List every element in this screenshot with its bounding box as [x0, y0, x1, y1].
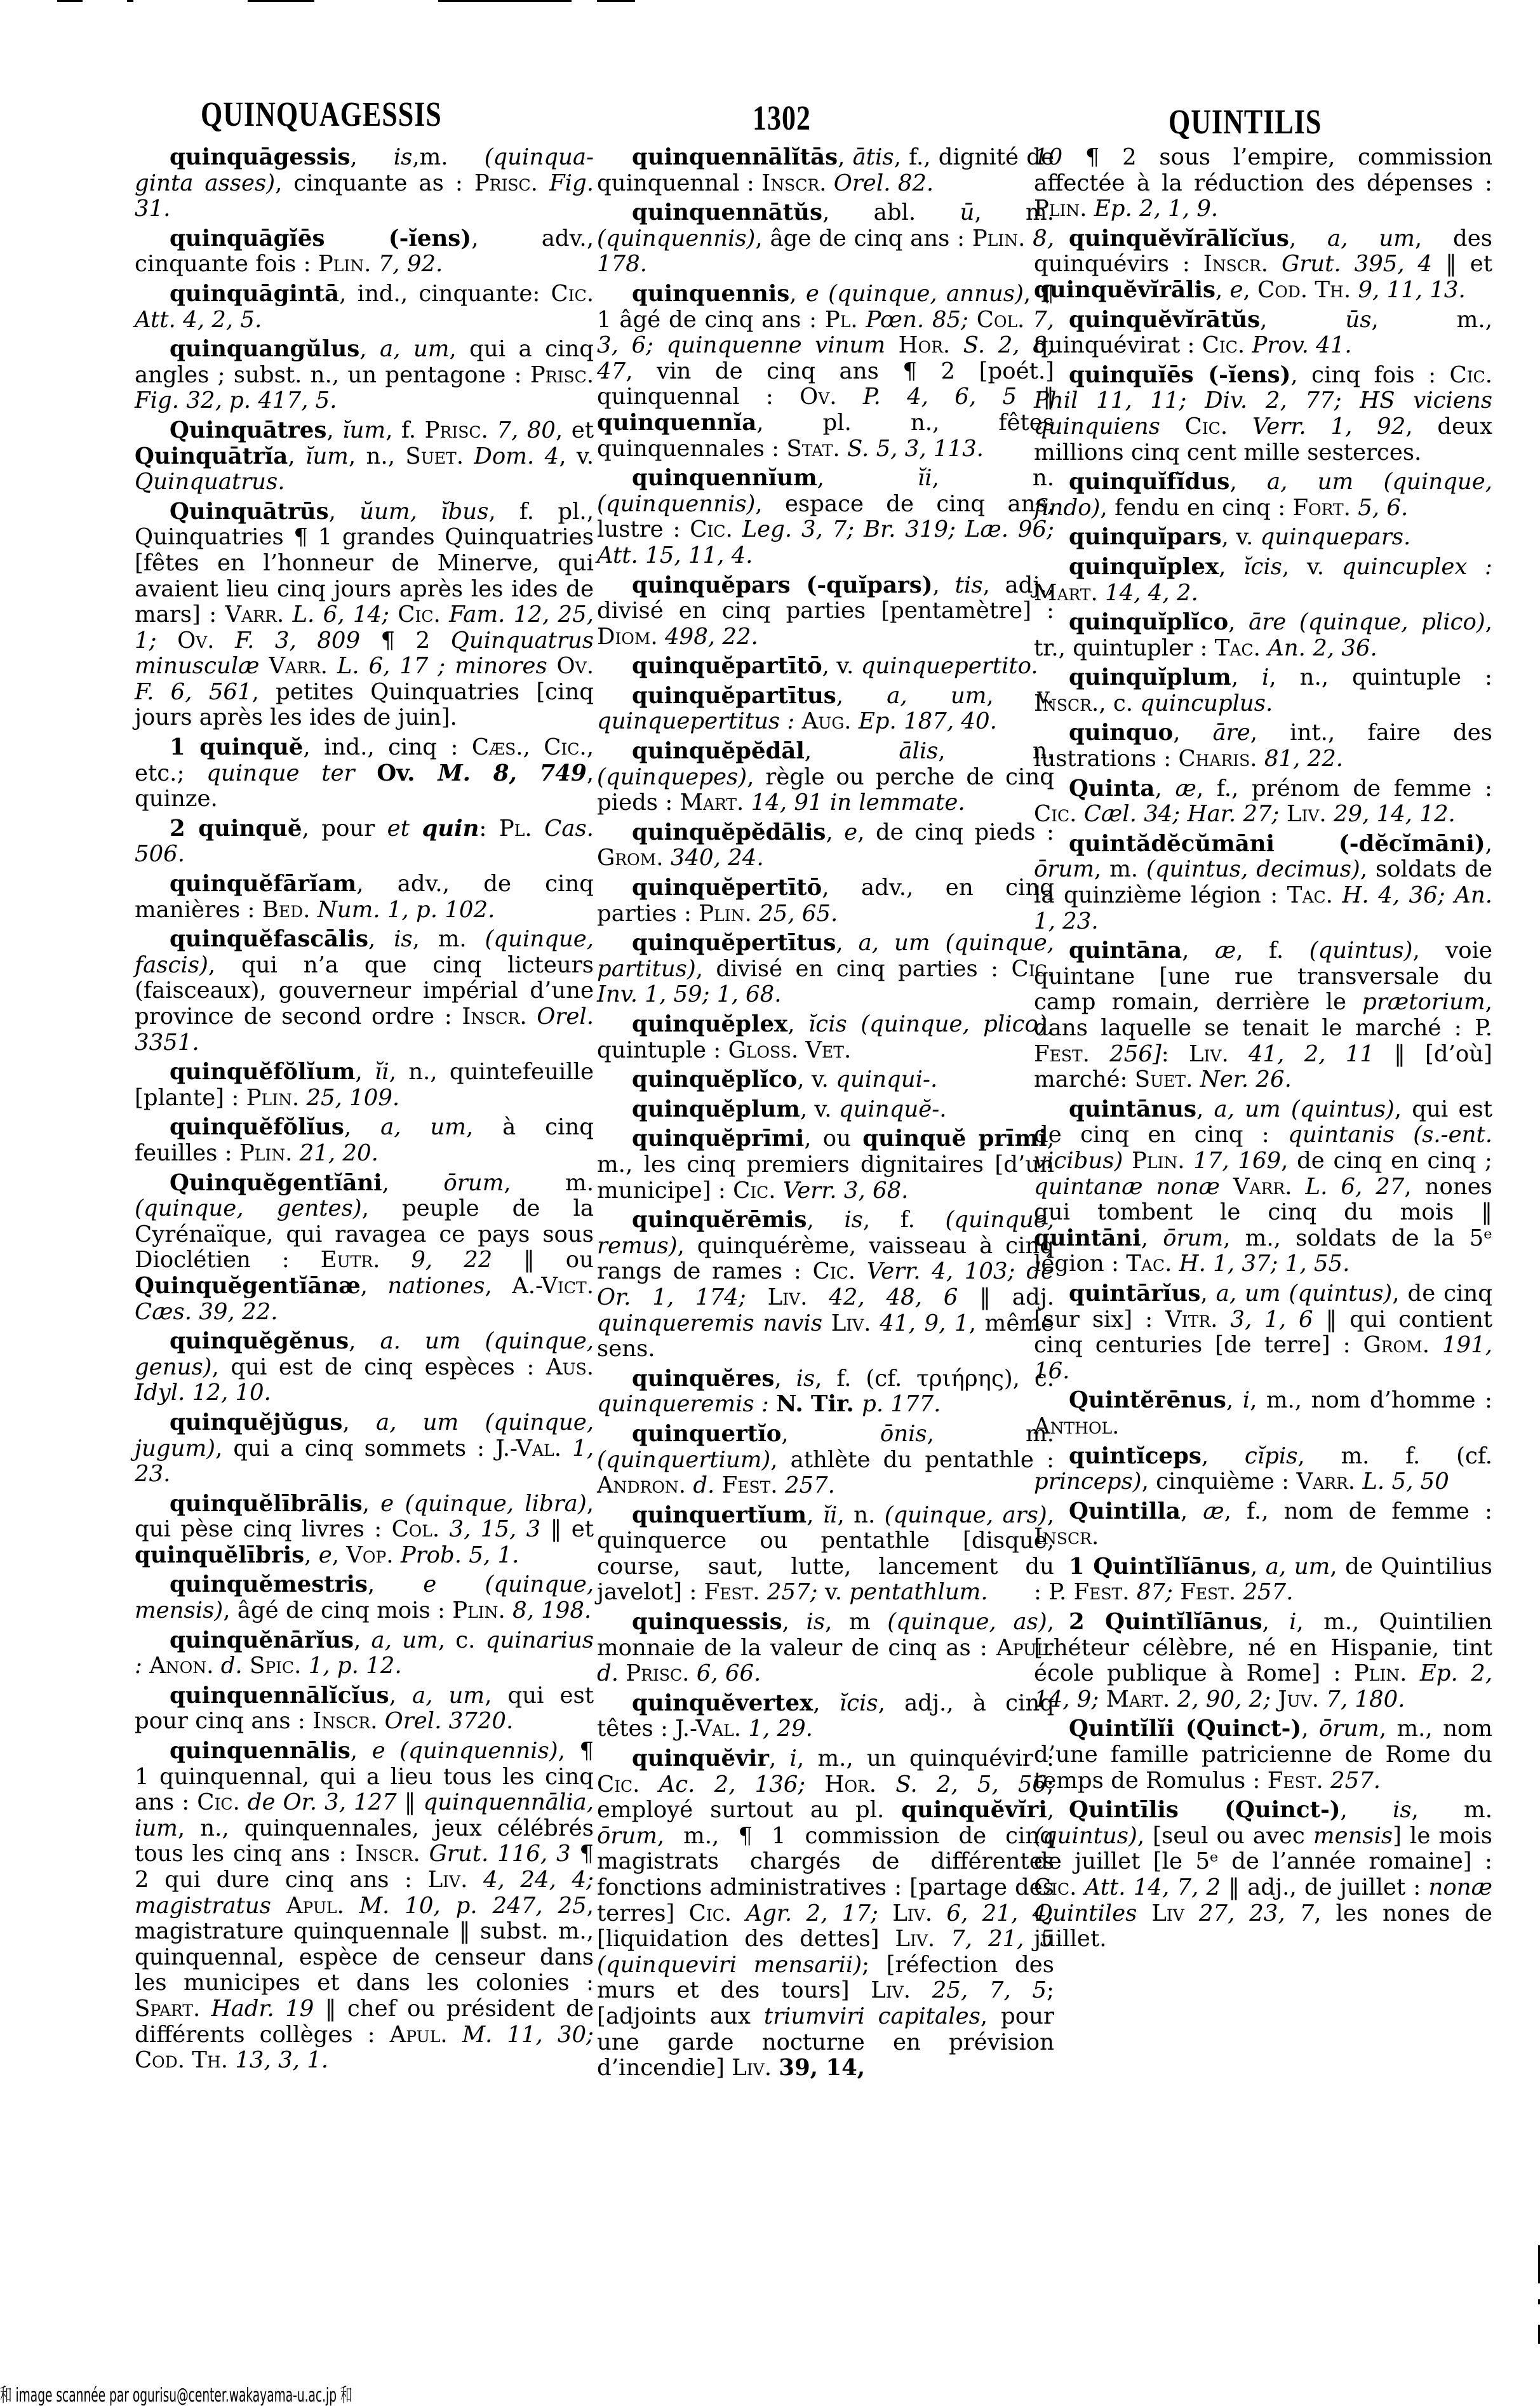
dictionary-entry: quinquĕjŭgus, a, um (quinque, jugum), qu… — [135, 1410, 594, 1488]
entry-text: Fort. — [1292, 495, 1358, 521]
entry-text: a, um (quintus) — [1214, 1096, 1394, 1122]
entry-text: 25, 7, 5 — [932, 1977, 1047, 2003]
entry-text: ¶ 2 — [360, 628, 451, 654]
entry-headword: Quintīlis (Quinct-) — [1069, 1797, 1341, 1823]
entry-headword: quinquĕfŏlĭus — [170, 1114, 344, 1140]
entry-text: Plin. — [1354, 1660, 1420, 1686]
entry-text: Cæl. 34; Har. 27; — [1084, 801, 1287, 827]
entry-headword: quinquĕpertītō — [632, 875, 822, 901]
entry-text: 257. — [1330, 1768, 1381, 1794]
entry-text: Mart. — [1106, 1686, 1177, 1712]
entry-text: , v. — [559, 443, 594, 469]
dictionary-entry: 2 quinquĕ, pour et quin: Pl. Cas. 506. — [135, 816, 594, 868]
dictionary-entry: quinquĕplex, ĭcis (quinque, plico), quin… — [597, 1012, 1054, 1063]
entry-text: Cic. — [733, 1178, 783, 1204]
entry-text: 42, 48, 6 — [829, 1284, 958, 1310]
entry-text: ōrum — [1163, 1225, 1223, 1251]
entry-text: æ — [1215, 938, 1236, 964]
entry-text: (quintus, decimus) — [1146, 856, 1360, 882]
entry-text: , — [351, 1738, 372, 1764]
entry-text: Ep. 2, 1, 9. — [1094, 196, 1218, 222]
entry-text: 41, 9, 1 — [880, 1310, 968, 1336]
entry-headword: quinquennālis — [170, 1738, 351, 1764]
entry-text: Plin. — [1132, 1148, 1193, 1174]
entry-text: , — [368, 926, 394, 952]
entry-text: Prisc. — [626, 1660, 696, 1686]
entry-text: 87; — [1137, 1579, 1180, 1605]
entry-headword: Quinquātres — [170, 417, 326, 443]
entry-text: Anthol. — [1034, 1413, 1119, 1439]
entry-headword: quinquĕjŭgus — [170, 1409, 342, 1435]
dictionary-entry: quintĭceps, cĭpis, m. f. (cf. princeps),… — [1034, 1444, 1492, 1495]
dictionary-entry: quinquĕvir, i, m., un quinquévir : Cic. … — [597, 1746, 1054, 2081]
entry-headword: quinquāgintā — [170, 281, 339, 307]
entry-text: 41, 2, 11 — [1249, 1041, 1374, 1067]
entry-text: An. 2, 36. — [1268, 635, 1377, 661]
dictionary-entry: quinquāgessis, is,m. (quinqua-ginta asse… — [135, 145, 594, 222]
entry-text: Spart. — [135, 1996, 211, 2022]
entry-headword: quinquĕpertītus — [632, 930, 836, 956]
entry-text: , — [836, 683, 887, 709]
entry-text: Cic. — [1185, 413, 1252, 440]
entry-text: L. 6, 27 — [1306, 1174, 1405, 1200]
entry-headword: quinquĕplex — [632, 1011, 787, 1037]
entry-text: , ou — [804, 1126, 862, 1152]
entry-headword: quintārĭus — [1069, 1280, 1200, 1307]
entry-text: , — [1260, 307, 1345, 333]
entry-text: 39, 14, — [779, 2055, 865, 2081]
left-guide-word: QUINQUAGESSIS — [201, 94, 442, 135]
entry-text: , — [1301, 1716, 1319, 1742]
dictionary-entry: Quintĕrēnus, i, m., nom d’homme : Anthol… — [1034, 1388, 1492, 1439]
entry-text: ūs — [1345, 307, 1371, 333]
entry-text: Plin. — [972, 225, 1033, 252]
entry-text: , fendu en cinq : — [1101, 495, 1293, 521]
entry-text: Cic. — [597, 1771, 659, 1798]
entry-headword: quintădĕcŭmāni (-dĕcĭmāni) — [1069, 831, 1485, 857]
dictionary-entry: quinquĕpertītō, adv., en cinq parties : … — [597, 875, 1054, 927]
column-1: quinquāgessis, is,m. (quinqua-ginta asse… — [135, 145, 594, 2078]
entry-headword: quinquennālĭcĭus — [170, 1683, 389, 1709]
dictionary-entry: quinquĕvertex, ĭcis, adj., à cinq têtes … — [597, 1691, 1054, 1742]
entry-headword: Quintĭlĭi (Quinct-) — [1069, 1716, 1301, 1742]
entry-headword: quinquĕlībrālis — [170, 1491, 363, 1517]
entry-text: Prob. 5, 1. — [401, 1542, 519, 1568]
page-header: QUINQUAGESSIS 1302 QUINTILIS — [0, 89, 1540, 127]
entry-text: , — [1182, 938, 1215, 964]
entry-text: ĭcis — [840, 1690, 878, 1716]
entry-text: Tac. — [1215, 635, 1268, 661]
entry-text: , — [1229, 469, 1267, 495]
entry-text: 9, 22 — [411, 1247, 492, 1273]
entry-text: Grut. 395, 4 — [1282, 251, 1432, 277]
entry-text: princeps) — [1034, 1468, 1142, 1495]
entry-text: , c. — [1099, 690, 1140, 716]
entry-text: , f., nom de femme : — [1224, 1498, 1492, 1524]
entry-text: , — [774, 1366, 796, 1392]
entry-text: Hadr. 19 — [211, 1996, 314, 2022]
entry-text: , v. — [797, 1066, 836, 1092]
entry-text: , — [389, 1683, 412, 1709]
dictionary-entry: quinquĕvĭrālĭcĭus, a, um, des quinquévir… — [1034, 226, 1492, 304]
entry-text: 257. — [785, 1472, 835, 1498]
entry-text: Pœn. 85; — [866, 307, 976, 333]
entry-text: , — [1173, 720, 1212, 746]
entry-headword: quinquennis — [632, 281, 789, 307]
entry-text: , — [342, 1409, 376, 1435]
entry-text: quincuplex : — [1342, 554, 1492, 580]
entry-text: , — [1200, 1280, 1215, 1307]
entry-text: Fest. — [1180, 1579, 1243, 1605]
entry-text: , qui est de cinq espèces : — [212, 1354, 546, 1380]
entry-headword: quinquĕfārĭam — [170, 871, 356, 897]
entry-text: Dom. 4 — [474, 443, 559, 469]
entry-text: , cinquième : — [1142, 1468, 1297, 1495]
entry-text: , — [368, 1571, 423, 1597]
entry-headword: quinquĕpartītō — [632, 653, 822, 679]
entry-text: Fest. — [722, 1472, 785, 1498]
entry-text: ĭi — [375, 1059, 389, 1085]
entry-text: Plin. — [239, 1140, 300, 1166]
entry-text: Aug. — [802, 708, 859, 734]
entry-text: Plin. — [1034, 196, 1094, 222]
entry-text: triumviri capitales — [764, 2003, 981, 2029]
scan-credit: 和 image scannée par ogurisu@center.wakay… — [0, 2379, 352, 2406]
entry-text: Tac. — [1287, 882, 1342, 908]
entry-text: ĭum — [305, 443, 349, 469]
entry-text: 256] — [1109, 1041, 1162, 1067]
entry-text: , — [787, 1011, 808, 1037]
entry-text: (quinquennis) — [597, 225, 755, 252]
entry-text: , âge de cinq ans : — [755, 225, 972, 252]
entry-text: e — [844, 819, 857, 845]
dictionary-entry: quinquĕfascālis, is, m. (quinque, fascis… — [135, 927, 594, 1056]
entry-text: ĭi — [918, 465, 932, 491]
entry-text: Inscr. — [1034, 690, 1099, 716]
entry-text: , f. — [863, 1207, 946, 1233]
entry-text: cĭpis — [1245, 1443, 1298, 1469]
entry-text: e (quinque, libra) — [380, 1491, 587, 1517]
entry-text: , — [1341, 1797, 1393, 1823]
entry-text: Eutr. — [321, 1247, 412, 1273]
entry-text: nationes — [387, 1273, 485, 1299]
entry-text: Spic. — [250, 1653, 309, 1679]
entry-text: , — [807, 1207, 844, 1233]
entry-text: , f. (cf. τριήρης), c. — [815, 1366, 1054, 1392]
entry-text: , de cinq en cinq ; — [1281, 1148, 1492, 1174]
entry-text: Grom. — [1363, 1332, 1442, 1358]
dictionary-entry: quinquennālĭtās, ātis, f., dignité de qu… — [597, 145, 1054, 196]
entry-text: , — [805, 738, 899, 764]
entry-text: , — [1289, 225, 1327, 252]
entry-text: Cic. — [1450, 362, 1492, 388]
entry-text: a, um — [380, 1114, 466, 1140]
entry-text: , — [304, 1542, 319, 1568]
entry-text: Inscr. — [312, 1708, 385, 1734]
entry-text: Fest. — [1268, 1768, 1330, 1794]
entry-text: Mart. — [1034, 580, 1105, 606]
entry-text: , m., un quinquévir : — [797, 1745, 1054, 1771]
entry-text: Varr. — [1296, 1468, 1362, 1495]
entry-text: Cæs. 39, 22. — [135, 1299, 278, 1325]
entry-text: , — [1485, 831, 1492, 857]
entry-text: quinquepars. — [1261, 524, 1411, 550]
entry-text: , — [1250, 1554, 1266, 1580]
entry-text: ōrum — [1319, 1716, 1379, 1742]
entry-text: prætorium — [1362, 989, 1485, 1015]
entry-text: , — [1243, 277, 1258, 303]
entry-headword: quinquennālĭtās — [632, 144, 838, 170]
entry-headword: quinquĕvĭrālĭcĭus — [1069, 225, 1289, 252]
entry-text: āre (quinque, plico) — [1249, 609, 1485, 635]
entry-text: Apul. — [286, 1893, 359, 1919]
entry-text: Varr. — [269, 653, 337, 679]
entry-text: Fest. — [704, 1579, 767, 1605]
entry-headword: quinquĕvĭrātŭs — [1069, 307, 1260, 333]
entry-text: mensis — [1313, 1823, 1393, 1849]
dictionary-entry: quinquĭfĭdus, a, um (quinque, findo), fe… — [1034, 469, 1492, 521]
entry-text: is — [844, 1207, 863, 1233]
entry-text: , — [1155, 776, 1175, 802]
entry-text: Hor. — [899, 332, 963, 358]
dictionary-entry: quinquĕvĭrātŭs, ūs, m., quinquévirat : C… — [1034, 307, 1492, 359]
entry-text: , f. — [385, 417, 425, 443]
dictionary-entry: quinquĕpartītō, v. quinquepertito. — [597, 654, 1054, 680]
entry-text: quinquĕvĭri — [901, 1797, 1047, 1823]
dictionary-entry: quinquĕpĕdālis, e, de cinq pieds : Grom.… — [597, 820, 1054, 871]
entry-text: Plin. — [699, 901, 759, 927]
entry-text: Tac. — [1126, 1251, 1179, 1277]
dictionary-entry: quinquĕrēmis, is, f. (quinque, remus), q… — [597, 1207, 1054, 1362]
entry-headword: Quintilla — [1069, 1498, 1181, 1524]
entry-headword: Quintĕrēnus — [1069, 1387, 1226, 1413]
entry-text: 1, p. 12. — [309, 1653, 402, 1679]
entry-text: (quinquepes) — [597, 764, 747, 790]
column-3: 10 ¶ 2 sous l’empire, commission affecté… — [1034, 145, 1492, 1956]
dictionary-entry: Quintilla, æ, f., nom de femme : Inscr. — [1034, 1499, 1492, 1550]
entry-text: : — [1162, 1041, 1189, 1067]
entry-text: , — [1181, 1498, 1203, 1524]
entry-text: i — [1243, 1387, 1250, 1413]
entry-text: , m., nom d’homme : — [1250, 1387, 1492, 1413]
entry-text: , — [326, 417, 342, 443]
entry-text: Liv. — [895, 1926, 951, 1952]
entry-text: , — [359, 336, 380, 362]
entry-text: J.-Val. — [675, 1716, 748, 1742]
entry-text: 3, 1, 6 — [1230, 1307, 1313, 1333]
entry-text: quinquĕ prīmi — [862, 1126, 1047, 1152]
entry-text: i — [790, 1745, 797, 1771]
entry-headword: quinquĕpĕdālis — [632, 819, 826, 845]
entry-text: ōrum — [597, 1823, 657, 1849]
entry-headword: quinquĕvertex — [632, 1690, 813, 1716]
dictionary-entry: 1 quinquĕ, ind., cinq : Cæs., Cic., etc.… — [135, 735, 594, 812]
entry-text: ōrum — [443, 1170, 504, 1196]
entry-text: quinquĕ-. — [839, 1096, 947, 1122]
entry-text: Cic. — [1202, 332, 1252, 358]
entry-text: 7, 80 — [497, 417, 556, 443]
entry-text: 10 — [1034, 144, 1062, 170]
entry-text: , — [1196, 1096, 1214, 1122]
entry-headword: quinquĕplĭco — [632, 1066, 797, 1092]
entry-text: , — [836, 930, 858, 956]
entry-headword: quinquāgessis — [170, 144, 350, 170]
entry-headword: quinquĕrēmis — [632, 1207, 807, 1233]
entry-text: Liv. — [871, 1977, 932, 2003]
entry-text: , c. — [438, 1627, 486, 1653]
entry-text: is — [1393, 1797, 1412, 1823]
entry-text: Mart. — [680, 790, 751, 816]
entry-headword: quinquĕprīmi — [632, 1126, 804, 1152]
entry-text: Att. 14, 7, 2 — [1085, 1874, 1221, 1900]
entry-text: (quinque, ars) — [885, 1502, 1047, 1528]
entry-text: Suet. — [1135, 1066, 1200, 1092]
entry-text: Ep. 187, 40. — [859, 708, 997, 734]
entry-text: , qui a cinq sommets : — [215, 1435, 495, 1462]
entry-text: quinquĕlībris — [135, 1542, 304, 1568]
entry-text: a, um — [887, 683, 986, 709]
entry-text: a, um — [1266, 1554, 1330, 1580]
entry-headword: Quinquĕgentĭāni — [170, 1170, 382, 1196]
entry-text: Liv. — [892, 1900, 946, 1926]
entry-text: ĭcis — [1243, 554, 1282, 580]
dictionary-entry: quinquĕprīmi, ou quinquĕ prīmi, m., les … — [597, 1126, 1054, 1204]
entry-text: Orel. 3720. — [385, 1708, 514, 1734]
entry-text: quintanæ nonæ — [1034, 1174, 1233, 1200]
entry-headword: 1 Quintĭlĭānus — [1069, 1554, 1250, 1580]
entry-text: Liv. — [1189, 1041, 1249, 1067]
dictionary-entry: Quinquātres, ĭum, f. Prisc. 7, 80, et Qu… — [135, 418, 594, 495]
dictionary-entry: quinquennis, e (quinque, annus), ¶ 1 âgé… — [597, 281, 1054, 462]
entry-text: de Or. 3, 127 — [248, 1789, 397, 1815]
entry-text: Vop. — [346, 1542, 401, 1568]
entry-headword: quinquĕpĕdāl — [632, 738, 805, 764]
entry-text: Cic. — [1034, 801, 1084, 827]
dictionary-entry: Quinquĕgentĭāni, ōrum, m. (quinque, gent… — [135, 1171, 594, 1326]
entry-text: Cæs., Cic. — [472, 734, 587, 760]
dictionary-entry: quinquāgĭēs (-ĭens), adv., cinquante foi… — [135, 226, 594, 278]
entry-text: Pl. — [499, 816, 544, 842]
entry-text: a, um — [412, 1683, 485, 1709]
entry-headword: quinquĭplex — [1069, 554, 1219, 580]
entry-text: Cod. Th. — [135, 2047, 235, 2073]
entry-headword: quinquĕfascālis — [170, 926, 368, 952]
entry-text: Cic. — [197, 1789, 248, 1815]
entry-text: 7, 180. — [1326, 1686, 1405, 1712]
entry-text: 27, 23, 7 — [1199, 1900, 1314, 1926]
entry-text: , — [813, 1690, 840, 1716]
entry-headword: quintānus — [1069, 1096, 1196, 1122]
entry-text: , — [363, 1491, 381, 1517]
entry-text: , — [769, 1745, 790, 1771]
entry-headword: quinquessis — [632, 1609, 782, 1635]
entry-text: Cod. Th. — [1257, 277, 1358, 303]
entry-text: , m. — [1094, 856, 1146, 882]
dictionary-entry: quinquertĭo, ōnis, m. (quinquertium), at… — [597, 1421, 1054, 1499]
entry-text: d. — [597, 1660, 626, 1686]
entry-text: is — [394, 926, 413, 952]
entry-text: e — [1230, 277, 1243, 303]
entry-headword: quinquertĭo — [632, 1421, 781, 1447]
entry-text: ¶ 2 sous l’empire, commission affectée à… — [1034, 144, 1492, 196]
dictionary-entry: quinquĕfŏlĭus, a, um, à cinq feuilles : … — [135, 1115, 594, 1166]
dictionary-entry: quinquĕplum, v. quinquĕ-. — [597, 1097, 1054, 1123]
entry-headword: quinquĕplum — [632, 1096, 800, 1122]
entry-text: 498, 22. — [665, 624, 758, 650]
entry-text: 6, 21, 4 — [946, 1900, 1047, 1926]
entry-text: , v. — [1222, 524, 1261, 550]
entry-text: Liv. — [732, 2055, 779, 2081]
entry-text: 29, 14, 12. — [1334, 801, 1456, 827]
entry-text: Apul. — [390, 2022, 462, 2048]
entry-text: Liv. — [428, 1867, 483, 1893]
entry-headword: quinquo — [1069, 720, 1173, 746]
dictionary-entry: quinquĕpertītus, a, um (quinque, partitu… — [597, 931, 1054, 1008]
entry-text: 257. — [1243, 1579, 1293, 1605]
entry-headword: quinquĕvir — [632, 1745, 769, 1771]
entry-text: Verr. 3, 68. — [783, 1178, 909, 1204]
entry-text: , — [838, 144, 852, 170]
entry-headword: quinquĕgĕnus — [170, 1328, 349, 1354]
entry-text: 257; — [767, 1579, 825, 1605]
entry-text: M. 8, 749 — [438, 760, 586, 786]
entry-text: Plin. — [246, 1085, 307, 1111]
dictionary-entry: quinquĕfārĭam, adv., de cinq manières : … — [135, 871, 594, 923]
entry-text: 340, 24. — [671, 845, 764, 871]
entry-text: , ind., cinq : — [303, 734, 471, 760]
entry-text: Att. 4, 2, 5. — [135, 307, 262, 333]
entry-text: ‖ et — [540, 1516, 594, 1542]
entry-text: H. 1, 37; 1, 55. — [1179, 1251, 1350, 1277]
dictionary-entry: quinquĕnārĭus, a, um, c. quinarius : Ano… — [135, 1628, 594, 1679]
column-2: quinquennālĭtās, ātis, f., dignité de qu… — [597, 145, 1054, 2085]
entry-text: , — [350, 144, 393, 170]
entry-text: Diom. — [597, 624, 665, 650]
entry-text: , — [1202, 1443, 1245, 1469]
entry-text: (quintus) — [1034, 1823, 1137, 1849]
entry-text: , cinq fois : — [1290, 362, 1449, 388]
entry-text: 1, 29. — [748, 1716, 813, 1742]
entry-text: , v. — [800, 1096, 839, 1122]
entry-text: Prisc. — [425, 417, 497, 443]
entry-text: Inv. 1, 59; 1, 68. — [597, 981, 781, 1007]
entry-text: ‖ et — [1432, 251, 1492, 277]
entry-text: ŭum, ĭbus — [359, 499, 488, 525]
dictionary-entry: quinquĭpars, v. quinquepars. — [1034, 525, 1492, 551]
dictionary-entry: quinquennĭum, ĭi, n. (quinquennis), espa… — [597, 466, 1054, 568]
entry-text: Stat. — [786, 436, 847, 462]
entry-text: Num. 1, p. 102. — [318, 897, 495, 923]
entry-text: Ov. — [377, 760, 438, 786]
entry-text: ĭi — [823, 1502, 838, 1528]
entry-text: S. 2, 5, 56 — [895, 1771, 1047, 1798]
entry-text: Ov. — [800, 384, 863, 410]
entry-text: p. 177. — [862, 1391, 941, 1417]
entry-text: ‖ adj., de juillet : — [1221, 1874, 1428, 1900]
entry-text: 7, 92. — [378, 251, 443, 277]
entry-text: , athlète du pentathle : — [770, 1447, 1054, 1473]
entry-text: , f. — [1236, 938, 1309, 964]
entry-text: , — [361, 1273, 388, 1299]
entry-text: , f., prénom de femme : — [1196, 776, 1492, 802]
dictionary-entry: quinquennālis, e (quinquennis), ¶ 1 quin… — [135, 1738, 594, 2074]
dictionary-entry: quinquāgintā, ind., cinquante: Cic. Att.… — [135, 281, 594, 333]
entry-text: , — [1219, 554, 1243, 580]
entry-text: Orel. 82. — [834, 170, 934, 196]
entry-text: , — [288, 443, 305, 469]
entry-text: Grom. — [597, 845, 671, 871]
dictionary-entry: quinquessis, is, m (quinque, as), monnai… — [597, 1610, 1054, 1687]
